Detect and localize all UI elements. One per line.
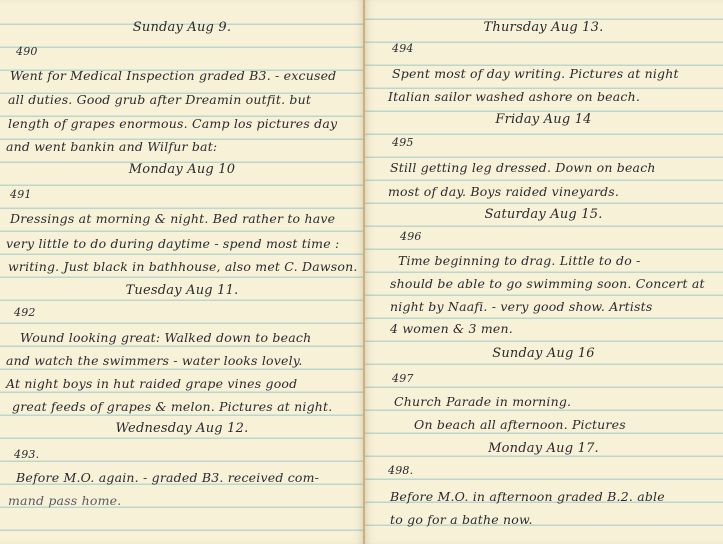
entry-number: 492	[14, 306, 36, 319]
entry-number: 493.	[14, 448, 39, 461]
entry-number: 496	[400, 230, 422, 243]
entry-line: and watch the swimmers - water looks lov…	[6, 353, 303, 368]
entry-line: 4 women & 3 men.	[390, 321, 513, 336]
entry-line: Time beginning to drag. Little to do -	[398, 253, 641, 268]
day-heading: Friday Aug 14	[364, 112, 723, 127]
entry-line: Italian sailor washed ashore on beach.	[388, 89, 640, 104]
entry-number: 498.	[388, 464, 413, 477]
entry-number: 491	[10, 188, 32, 201]
day-heading: Thursday Aug 13.	[364, 20, 723, 35]
entry-line: night by Naafi. - very good show. Artist…	[390, 299, 652, 314]
entry-line: and went bankin and Wilfur bat:	[6, 139, 217, 154]
day-heading: Sunday Aug 9.	[0, 20, 364, 35]
entry-line: Dressings at morning & night. Bed rather…	[10, 211, 335, 226]
entry-line: Still getting leg dressed. Down on beach	[390, 160, 656, 175]
entry-line: should be able to go swimming soon. Conc…	[390, 276, 705, 291]
entry-number: 494	[392, 42, 414, 55]
entry-number: 497	[392, 372, 414, 385]
entry-line: very little to do during daytime - spend…	[6, 236, 339, 251]
right-page: Thursday Aug 13. 494 Spent most of day w…	[364, 0, 723, 544]
day-heading: Wednesday Aug 12.	[0, 421, 364, 436]
entry-number: 495	[392, 136, 414, 149]
entry-line: all duties. Good grub after Dreamin outf…	[8, 92, 311, 107]
entry-line: great feeds of grapes & melon. Pictures …	[12, 399, 332, 414]
day-heading: Saturday Aug 15.	[364, 207, 723, 222]
entry-line: Church Parade in morning.	[394, 394, 571, 409]
entry-line: Before M.O. again. - graded B3. received…	[16, 470, 319, 485]
entry-line: to go for a bathe now.	[390, 512, 533, 527]
page-binding	[363, 0, 365, 544]
entry-line: Spent most of day writing. Pictures at n…	[392, 66, 679, 81]
day-heading: Sunday Aug 16	[364, 346, 723, 361]
entry-number: 490	[16, 45, 38, 58]
day-heading: Tuesday Aug 11.	[0, 283, 364, 298]
entry-line: most of day. Boys raided vineyards.	[388, 184, 619, 199]
entry-line: On beach all afternoon. Pictures	[414, 417, 626, 432]
entry-line: mand pass home.	[8, 493, 121, 508]
entry-line: writing. Just black in bathhouse, also m…	[8, 259, 358, 274]
day-heading: Monday Aug 10	[0, 162, 364, 177]
day-heading: Monday Aug 17.	[364, 441, 723, 456]
entry-line: Went for Medical Inspection graded B3. -…	[10, 68, 336, 83]
diary-spread: Sunday Aug 9. 490 Went for Medical Inspe…	[0, 0, 723, 544]
entry-line: At night boys in hut raided grape vines …	[6, 376, 297, 391]
left-page: Sunday Aug 9. 490 Went for Medical Inspe…	[0, 0, 364, 544]
entry-line: Before M.O. in afternoon graded B.2. abl…	[390, 489, 665, 504]
entry-line: length of grapes enormous. Camp los pict…	[8, 116, 337, 131]
entry-line: Wound looking great: Walked down to beac…	[20, 330, 311, 345]
